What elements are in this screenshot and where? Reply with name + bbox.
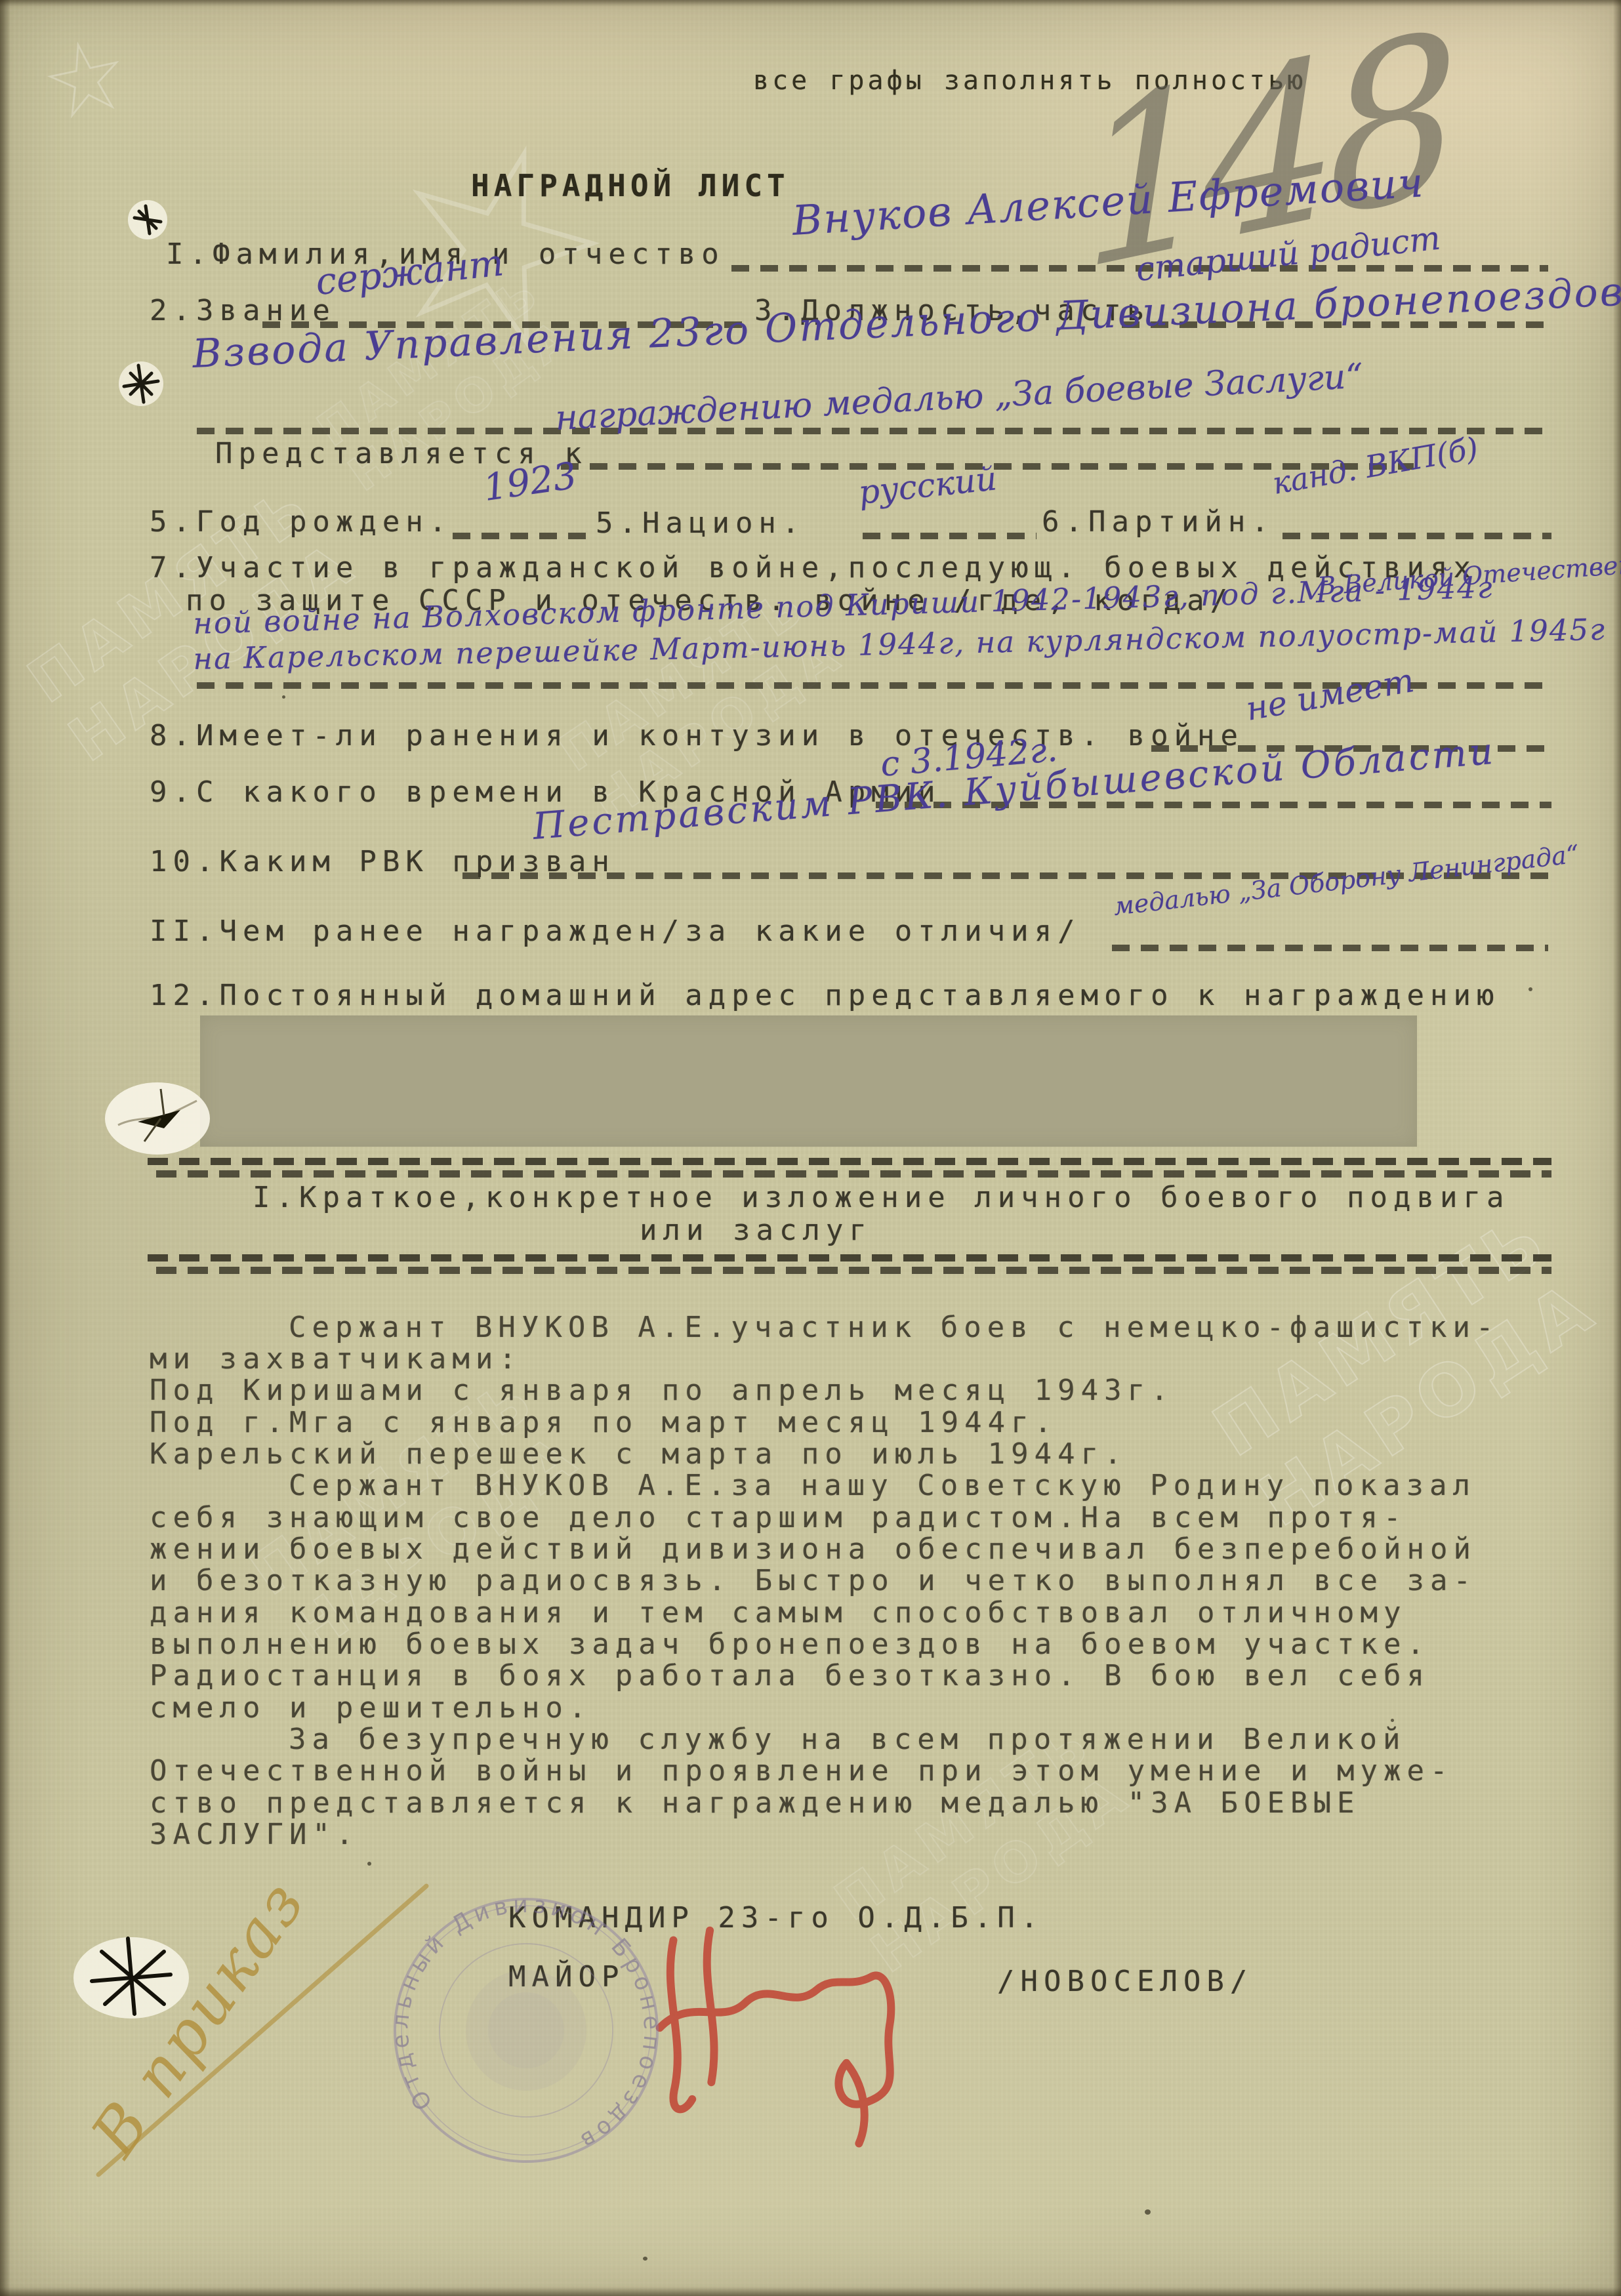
pencil-note-v-prikaz: В приказ	[77, 1866, 320, 2169]
body-text-line: дания командования и тем самым способств…	[150, 1596, 1406, 1630]
field-value-previous-awards-handwritten: медалью „За Оборону Ленинграда“	[1112, 839, 1580, 921]
paper-tear	[98, 1069, 216, 1168]
dashed-line	[453, 533, 594, 539]
dashed-line	[197, 428, 1551, 434]
body-text-line: Сержант ВНУКОВ А.Е.за нашу Советскую Род…	[289, 1469, 1476, 1502]
body-text-line: ство представляется к награждению медаль…	[150, 1786, 1361, 1820]
paper-speck	[282, 695, 285, 699]
body-text-line: ми захватчиками:	[150, 1342, 522, 1376]
body-text-line: Под г.Мга с января по март месяц 1944г.	[150, 1406, 1057, 1439]
field-value-wounds-handwritten: не имеет	[1243, 661, 1417, 728]
field-label-nationality: 5.Национ.	[596, 506, 805, 540]
body-text-line: Под Киришами с января по апрель месяц 19…	[150, 1374, 1174, 1407]
page-title: НАГРАДНОЙ ЛИСТ	[471, 168, 790, 203]
field-value-party-handwritten: канд. ВКП(б)	[1270, 430, 1481, 501]
section1-heading-line2: или заслуг	[640, 1214, 872, 1247]
award-sheet-document: ПАМЯТЬНАРОДА ПАМЯТЬНАРОДА ПАМЯТЬНАРОДА П…	[0, 0, 1621, 2296]
body-text-line: себя знающим свое дело старшим радистом.…	[150, 1501, 1406, 1534]
field-value-award-handwritten: награждению медалью „За боевые Заслуги“	[554, 357, 1364, 438]
commander-name: /НОВОСЕЛОВ/	[997, 1965, 1253, 1998]
section1-heading-line1: I.Краткое,конкретное изложение личного б…	[253, 1181, 1509, 1214]
body-text-line: Сержант ВНУКОВ А.Е.участник боев с немец…	[289, 1311, 1500, 1344]
paper-speck	[367, 1862, 371, 1866]
body-text-line: Карельский перешеек с марта по июль 1944…	[150, 1437, 1128, 1471]
field-label-birth-year: 5.Год рожден.	[150, 505, 452, 539]
paper-speck	[1145, 2209, 1151, 2215]
field-label-wounds: 8.Имеет-ли ранения и контузии в отечеств…	[150, 719, 1244, 752]
redacted-address-block	[200, 1015, 1417, 1147]
scan-edge-bottom	[0, 2287, 1621, 2296]
body-text-line: Отечественной войны и проявление при это…	[150, 1754, 1453, 1788]
body-text-line: ЗАСЛУГИ".	[150, 1818, 359, 1851]
body-text-line: выполнению боевых задач бронепоездов на …	[150, 1628, 1430, 1661]
dashed-line	[1112, 945, 1548, 951]
field-label-previous-awards: II.Чем ранее награжден/за какие отличия/	[150, 914, 1081, 948]
star-watermark-icon	[39, 32, 132, 125]
dashed-line	[863, 533, 1036, 539]
double-dashed-divider	[148, 1254, 1551, 1275]
scan-edge-right	[1613, 0, 1621, 2296]
paper-hole	[115, 358, 167, 410]
paper-speck	[1529, 987, 1532, 991]
paper-speck	[643, 2257, 647, 2261]
body-text-line: жении боевых действий дивизиона обеспечи…	[150, 1532, 1477, 1566]
field-label-home-address: 12.Постоянный домашний адрес представляе…	[150, 979, 1500, 1012]
paper-speck	[1391, 1719, 1394, 1722]
body-text-line: смело и решительно.	[150, 1691, 592, 1725]
paper-hole	[125, 197, 171, 243]
dashed-line	[1282, 533, 1551, 539]
body-text-line: За безупречную службу на всем протяжении…	[289, 1723, 1406, 1756]
field-label-party: 6.Партийн.	[1042, 505, 1275, 539]
body-text-line: Радиостанция в боях работала безотказно.…	[150, 1659, 1430, 1692]
double-dashed-divider	[148, 1158, 1551, 1179]
body-text-line: и безотказную радиосвязь. Быстро и четко…	[150, 1564, 1477, 1597]
scan-edge-left	[0, 0, 10, 2296]
